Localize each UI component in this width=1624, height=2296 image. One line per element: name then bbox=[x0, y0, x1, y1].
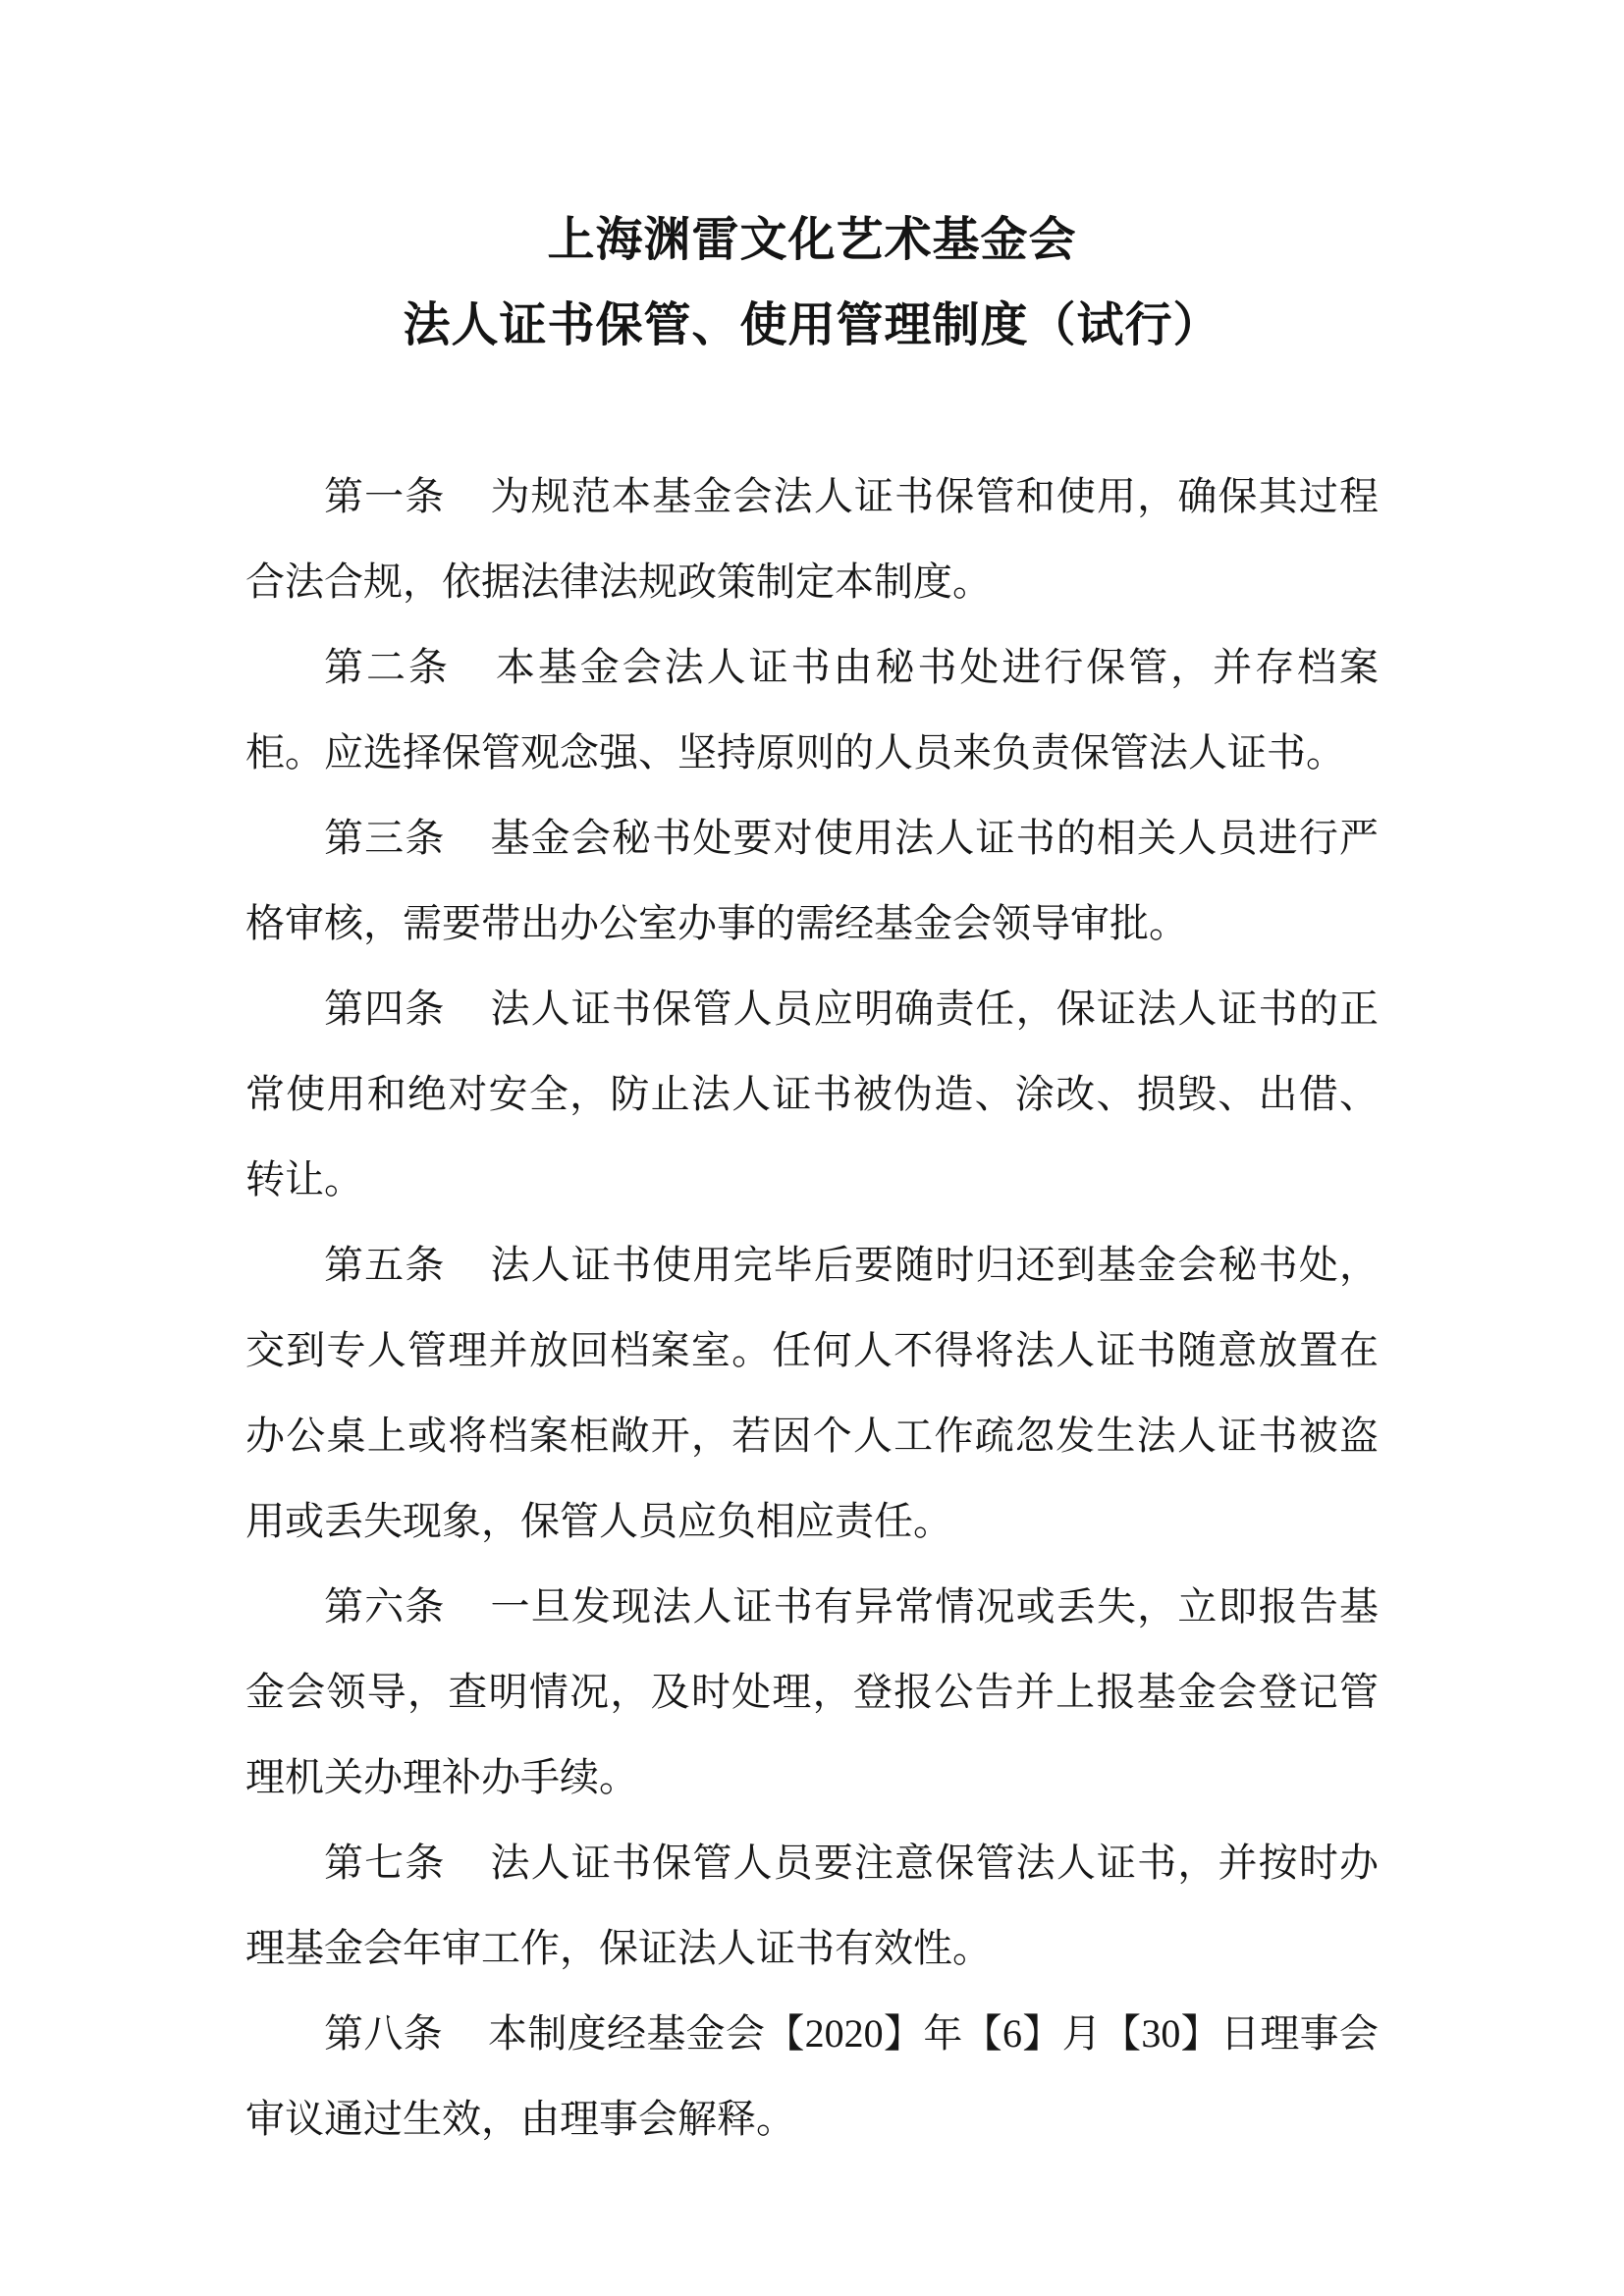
article-4-number: 第四条 bbox=[324, 987, 446, 1031]
article-2-number: 第二条 bbox=[324, 645, 451, 689]
article-paragraph-4: 第四条法人证书保管人员应明确责任，保证法人证书的正常使用和绝对安全，防止法人证书… bbox=[245, 966, 1379, 1222]
document-page: 上海渊雷文化艺术基金会 法人证书保管、使用管理制度（试行） 第一条为规范本基金会… bbox=[0, 0, 1624, 2296]
article-paragraph-1: 第一条为规范本基金会法人证书保管和使用，确保其过程合法合规，依据法律法规政策制定… bbox=[245, 454, 1379, 624]
article-paragraph-8: 第八条本制度经基金会【2020】年【6】月【30】日理事会审议通过生效，由理事会… bbox=[245, 1991, 1379, 2162]
article-7-number: 第七条 bbox=[324, 1841, 446, 1885]
article-6-number: 第六条 bbox=[324, 1584, 446, 1629]
article-paragraph-3: 第三条基金会秘书处要对使用法人证书的相关人员进行严格审核，需要带出办公室办事的需… bbox=[245, 795, 1379, 966]
article-5-text: 法人证书使用完毕后要随时归还到基金会秘书处，交到专人管理并放回档案室。任何人不得… bbox=[245, 1243, 1379, 1543]
article-3-number: 第三条 bbox=[324, 816, 446, 860]
article-1-number: 第一条 bbox=[324, 474, 446, 518]
article-8-number: 第八条 bbox=[324, 2011, 443, 2056]
article-5-number: 第五条 bbox=[324, 1243, 446, 1287]
document-title-line1: 上海渊雷文化艺术基金会 bbox=[245, 197, 1379, 283]
document-title-line2: 法人证书保管、使用管理制度（试行） bbox=[245, 283, 1379, 368]
article-paragraph-2: 第二条本基金会法人证书由秘书处进行保管，并存档案柜。应选择保管观念强、坚持原则的… bbox=[245, 624, 1379, 795]
article-paragraph-7: 第七条法人证书保管人员要注意保管法人证书，并按时办理基金会年审工作，保证法人证书… bbox=[245, 1820, 1379, 1991]
article-paragraph-6: 第六条一旦发现法人证书有异常情况或丢失，立即报告基金会领导，查明情况，及时处理，… bbox=[245, 1564, 1379, 1820]
title-body-spacer bbox=[245, 368, 1379, 454]
article-paragraph-5: 第五条法人证书使用完毕后要随时归还到基金会秘书处，交到专人管理并放回档案室。任何… bbox=[245, 1222, 1379, 1564]
document-content: 上海渊雷文化艺术基金会 法人证书保管、使用管理制度（试行） 第一条为规范本基金会… bbox=[0, 0, 1624, 2162]
